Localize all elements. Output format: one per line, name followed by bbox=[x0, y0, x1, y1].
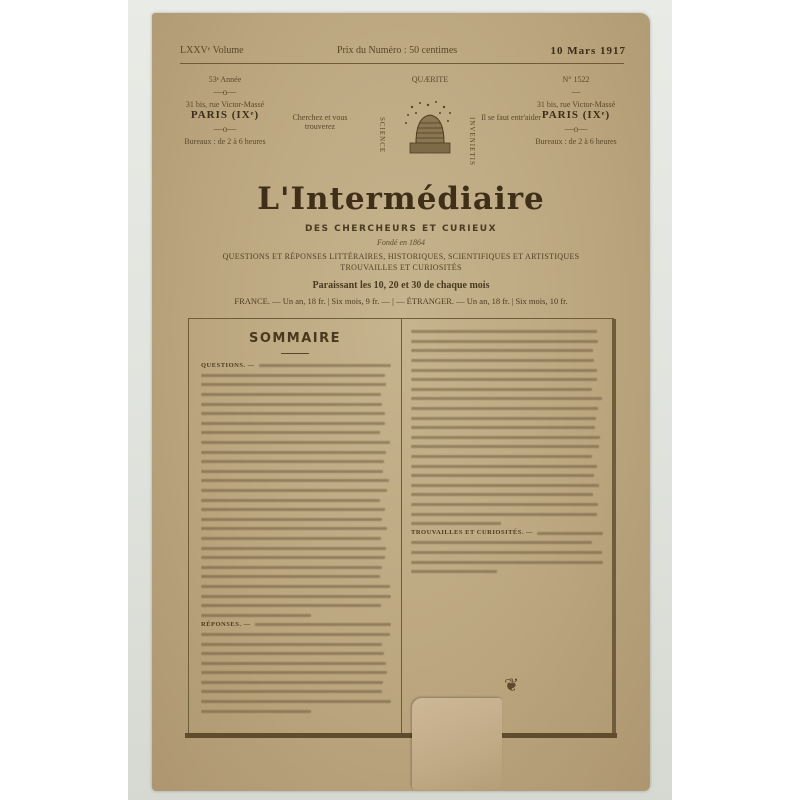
text-line bbox=[201, 678, 391, 688]
journal-subtitle: DES CHERCHEURS ET CURIEUX bbox=[152, 224, 650, 234]
text-line bbox=[411, 548, 603, 558]
text-line bbox=[201, 534, 391, 544]
text-line bbox=[201, 706, 391, 716]
text-line bbox=[201, 639, 391, 649]
header-rule bbox=[180, 63, 624, 64]
text-line bbox=[201, 467, 391, 477]
box-right-rule bbox=[612, 319, 616, 734]
summary-left-column: QUESTIONS. —RÉPONSES. — bbox=[201, 361, 391, 723]
text-line bbox=[201, 668, 391, 678]
section-label: QUESTIONS. — bbox=[201, 361, 255, 371]
text-line bbox=[411, 327, 603, 337]
newspaper-page: LXXVᵉ Volume Prix du Numéro : 50 centime… bbox=[152, 13, 650, 791]
price-label: Prix du Numéro : 50 centimes bbox=[337, 45, 457, 57]
text-line bbox=[201, 562, 391, 572]
text-line bbox=[411, 442, 603, 452]
issue-date: 10 Mars 1917 bbox=[550, 45, 626, 57]
summary-title: SOMMAIRE bbox=[189, 331, 401, 346]
text-line bbox=[201, 697, 391, 707]
description: QUESTIONS ET RÉPONSES LITTÉRAIRES, HISTO… bbox=[172, 251, 630, 273]
text-line: RÉPONSES. — bbox=[201, 620, 391, 630]
text-line bbox=[201, 572, 391, 582]
text-line bbox=[411, 490, 603, 500]
column-divider bbox=[401, 319, 402, 734]
text-line bbox=[201, 524, 391, 534]
text-line bbox=[201, 591, 391, 601]
text-line bbox=[411, 356, 603, 366]
beehive-icon bbox=[402, 99, 458, 157]
text-line bbox=[201, 515, 391, 525]
text-line bbox=[201, 553, 391, 563]
text-line bbox=[411, 423, 603, 433]
text-line bbox=[201, 476, 391, 486]
subscription-prices: FRANCE. — Un an, 18 fr. | Six mois, 9 fr… bbox=[172, 296, 630, 306]
section-label: TROUVAILLES ET CURIOSITÉS. — bbox=[411, 528, 533, 538]
text-line bbox=[411, 452, 603, 462]
box-bottom-rule bbox=[185, 733, 617, 738]
text-line bbox=[201, 543, 391, 553]
text-line: QUESTIONS. — bbox=[201, 361, 391, 371]
text-line bbox=[201, 610, 391, 620]
summary-box: SOMMAIRE QUESTIONS. —RÉPONSES. — TROUVAI… bbox=[188, 318, 614, 734]
volume-label: LXXVᵉ Volume bbox=[180, 45, 244, 57]
address-left: 31 bis, rue Victor-Massé bbox=[180, 100, 270, 109]
fleuron-icon: ❦ bbox=[504, 675, 519, 696]
text-line bbox=[201, 505, 391, 515]
text-line bbox=[201, 457, 391, 467]
hours-right: Bureaux : de 2 à 6 heures bbox=[528, 137, 624, 146]
text-line bbox=[411, 385, 603, 395]
ornament-divider: —o— bbox=[528, 124, 624, 134]
text-line bbox=[201, 371, 391, 381]
summary-right-column: TROUVAILLES ET CURIOSITÉS. — bbox=[411, 327, 603, 582]
text-line bbox=[411, 557, 603, 567]
text-line bbox=[201, 601, 391, 611]
description-line: TROUVAILLES ET CURIOSITÉS bbox=[172, 262, 630, 273]
section-label: RÉPONSES. — bbox=[201, 620, 251, 630]
hours-left: Bureaux : de 2 à 6 heures bbox=[180, 137, 270, 146]
text-line bbox=[201, 399, 391, 409]
text-line bbox=[201, 658, 391, 668]
journal-title: L'Intermédiaire bbox=[152, 181, 650, 217]
text-line bbox=[411, 394, 603, 404]
text-line bbox=[411, 567, 603, 577]
ornament-divider: — bbox=[528, 87, 624, 97]
text-line bbox=[201, 630, 391, 640]
ornament-divider: —o— bbox=[180, 124, 270, 134]
text-line bbox=[201, 649, 391, 659]
text-line bbox=[201, 380, 391, 390]
text-line bbox=[411, 519, 603, 529]
motto-vertical-left: SCIENCE bbox=[378, 117, 386, 153]
text-line bbox=[411, 433, 603, 443]
city-right: PARIS (IXᵉ) bbox=[528, 109, 624, 121]
text-line bbox=[411, 481, 603, 491]
text-line bbox=[201, 409, 391, 419]
publication-schedule: Paraissant les 10, 20 et 30 de chaque mo… bbox=[152, 280, 650, 291]
address-right: 31 bis, rue Victor-Massé bbox=[528, 100, 624, 109]
masthead-left: 53ᵉ Année —o— 31 bis, rue Victor-Massé P… bbox=[180, 75, 270, 146]
text-line bbox=[411, 461, 603, 471]
text-line bbox=[201, 495, 391, 505]
text-line bbox=[411, 471, 603, 481]
text-line bbox=[201, 582, 391, 592]
motto-vertical-right: INVENIETIS bbox=[468, 117, 476, 166]
text-line bbox=[201, 687, 391, 697]
masthead: 53ᵉ Année —o— 31 bis, rue Victor-Massé P… bbox=[180, 69, 624, 174]
masthead-right: N° 1522 — 31 bis, rue Victor-Massé PARIS… bbox=[528, 75, 624, 146]
description-line: QUESTIONS ET RÉPONSES LITTÉRAIRES, HISTO… bbox=[172, 251, 630, 262]
text-line: TROUVAILLES ET CURIOSITÉS. — bbox=[411, 528, 603, 538]
year-label: 53ᵉ Année bbox=[180, 75, 270, 84]
text-line bbox=[411, 538, 603, 548]
ornament-divider: —o— bbox=[180, 87, 270, 97]
text-line bbox=[201, 447, 391, 457]
text-line bbox=[411, 337, 603, 347]
text-line bbox=[411, 500, 603, 510]
text-line bbox=[411, 375, 603, 385]
summary-title-rule bbox=[281, 353, 309, 354]
issue-number: N° 1522 bbox=[528, 75, 624, 84]
text-line bbox=[201, 438, 391, 448]
text-line bbox=[411, 413, 603, 423]
text-line bbox=[201, 428, 391, 438]
motto-left-text: Cherchez et vous trouverez bbox=[280, 113, 360, 131]
text-line bbox=[201, 419, 391, 429]
header-bar: LXXVᵉ Volume Prix du Numéro : 50 centime… bbox=[180, 45, 626, 57]
text-line bbox=[201, 390, 391, 400]
motto-top: QUÆRITE bbox=[390, 75, 470, 84]
folded-corner bbox=[412, 698, 502, 790]
text-line bbox=[411, 346, 603, 356]
city-left: PARIS (IXᵉ) bbox=[180, 109, 270, 121]
founded-line: Fondé en 1864 bbox=[152, 238, 650, 247]
text-line bbox=[411, 365, 603, 375]
text-line bbox=[411, 509, 603, 519]
text-line bbox=[201, 486, 391, 496]
text-line bbox=[411, 404, 603, 414]
